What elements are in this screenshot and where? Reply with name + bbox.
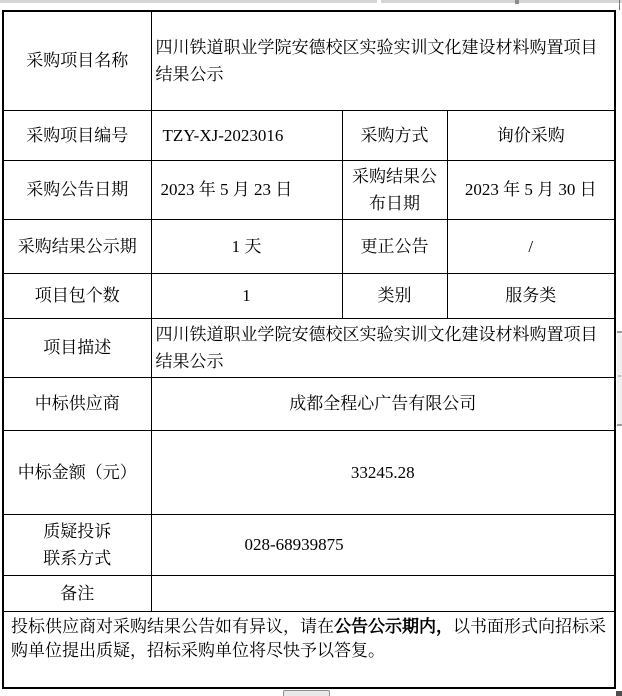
horizontal-scrollbar-gap [377,0,381,3]
value-project-name: 四川铁道职业学院安德校区实验实训文化建设材料购置项目结果公示 [151,11,615,110]
footer-note-bold: 公告公示期内， [334,617,453,636]
row-publicity-period: 采购结果公示期 1 天 更正公告 / [3,219,615,273]
vertical-scrollbar-mark [618,375,621,377]
label-winning-amount: 中标金额（元） [3,430,151,514]
value-winning-amount: 33245.28 [151,430,615,514]
value-package-count: 1 [151,273,342,318]
label-project-name: 采购项目名称 [3,11,151,110]
row-footer-note: 投标供应商对采购结果公告如有异议，请在公告公示期内，以书面形式向招标采购单位提出… [3,611,615,688]
row-remarks: 备注 [3,575,615,611]
value-procurement-method: 询价采购 [447,110,615,160]
row-project-name: 采购项目名称 四川铁道职业学院安德校区实验实训文化建设材料购置项目结果公示 [3,11,615,110]
row-winning-amount: 中标金额（元） 33245.28 [3,430,615,514]
procurement-result-page: 采购项目名称 四川铁道职业学院安德校区实验实训文化建设材料购置项目结果公示 采购… [0,0,622,696]
label-procurement-method: 采购方式 [342,110,447,160]
label-package-count: 项目包个数 [3,273,151,318]
label-announce-date: 采购公告日期 [3,160,151,219]
row-package-count: 项目包个数 1 类别 服务类 [3,273,615,318]
value-category: 服务类 [447,273,615,318]
value-publicity-period: 1 天 [151,219,342,273]
value-project-number: TZY-XJ-2023016 [151,110,342,160]
label-remarks: 备注 [3,575,151,611]
procurement-result-table: 采购项目名称 四川铁道职业学院安德校区实验实训文化建设材料购置项目结果公示 采购… [2,10,616,689]
vertical-scrollbar-cap-top [617,331,622,333]
value-correction-notice: / [447,219,615,273]
vertical-scrollbar-remnant[interactable] [617,331,622,426]
footer-note-pre: 投标供应商对采购结果公告如有异议，请在 [11,617,334,636]
horizontal-scrollbar-tick [515,0,519,4]
value-announce-date: 2023 年 5 月 23 日 [151,160,342,219]
partial-button-bottom[interactable] [283,690,330,696]
row-project-description: 项目描述 四川铁道职业学院安德校区实验实训文化建设材料购置项目结果公示 [3,318,615,377]
label-category: 类别 [342,273,447,318]
label-winning-supplier: 中标供应商 [3,377,151,430]
value-winning-supplier: 成都全程心广告有限公司 [151,377,615,430]
row-announce-date: 采购公告日期 2023 年 5 月 23 日 采购结果公 布日期 2023 年 … [3,160,615,219]
value-remarks [151,575,615,611]
value-project-description: 四川铁道职业学院安德校区实验实训文化建设材料购置项目结果公示 [151,318,615,377]
label-correction-notice: 更正公告 [342,219,447,273]
value-complaint-contact: 028-68939875 [151,514,615,575]
vertical-scrollbar-cap-bottom [617,424,622,426]
label-publicity-period: 采购结果公示期 [3,219,151,273]
footer-note: 投标供应商对采购结果公告如有异议，请在公告公示期内，以书面形式向招标采购单位提出… [3,611,615,688]
top-right-edge-line [619,0,620,10]
label-project-description: 项目描述 [3,318,151,377]
horizontal-scrollbar-remnant[interactable] [0,0,622,3]
row-complaint-contact: 质疑投诉 联系方式 028-68939875 [3,514,615,575]
value-result-publish-date: 2023 年 5 月 30 日 [447,160,615,219]
label-complaint-contact: 质疑投诉 联系方式 [3,514,151,575]
label-project-number: 采购项目编号 [3,110,151,160]
row-winning-supplier: 中标供应商 成都全程心广告有限公司 [3,377,615,430]
label-result-publish-date: 采购结果公 布日期 [342,160,447,219]
row-project-number: 采购项目编号 TZY-XJ-2023016 采购方式 询价采购 [3,110,615,160]
scrollbar-corner [616,691,622,696]
